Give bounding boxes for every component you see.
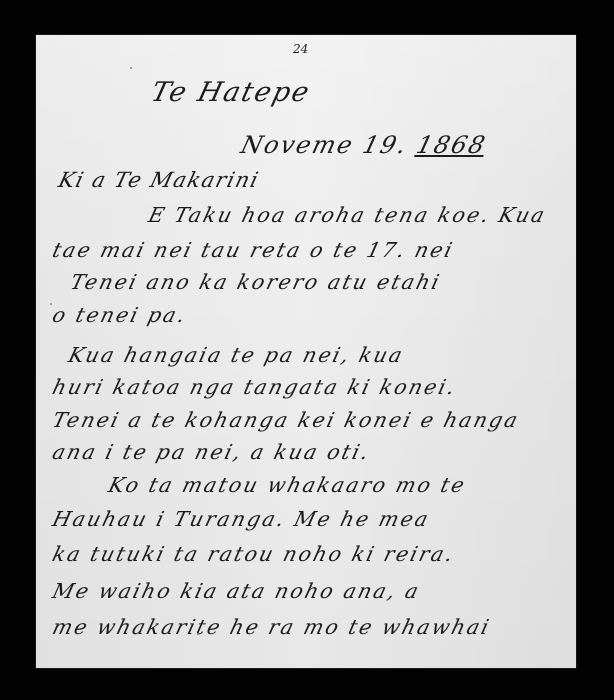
body-line-7: Tenei a te kohanga kei konei e hanga [50, 408, 522, 432]
body-line-12: Me waiho kia ata noho ana, a [50, 579, 423, 603]
body-line-9: Ko ta matou whakaaro mo te [106, 473, 469, 497]
letter-date: Noveme 19. 1868 [238, 131, 490, 159]
letter-salutation: Ki a Te Makarini [56, 168, 262, 192]
body-line-2: tae mai nei tau reta o te 17. nei [50, 238, 457, 262]
page-number: 24 [293, 42, 308, 56]
body-line-3: Tenei ano ka korero atu etahi [68, 270, 444, 294]
body-line-5: Kua hangaia te pa nei, kua [66, 343, 407, 367]
body-line-13: me whakarite he ra mo te whawhai [50, 615, 493, 639]
letter-page: 24 Te Hatepe Noveme 19. 1868 Ki a Te Mak… [36, 35, 576, 668]
body-line-8: ana i te pa nei, a kua oti. [50, 440, 373, 464]
body-line-11: ka tutuki ta ratou noho ki reira. [50, 542, 458, 566]
body-line-1: E Taku hoa aroha tena koe. Kua [146, 203, 549, 227]
letter-place: Te Hatepe [148, 77, 314, 108]
paper-speck [50, 303, 52, 305]
date-month-day: Noveme 19. [238, 131, 411, 159]
body-line-6: huri katoa nga tangata ki konei. [50, 375, 459, 399]
body-line-4: o tenei pa. [50, 303, 190, 327]
paper-speck [197, 633, 199, 635]
paper-speck [130, 67, 132, 69]
body-line-10: Hauhau i Turanga. Me he mea [50, 507, 433, 531]
date-year: 1868 [414, 131, 490, 159]
